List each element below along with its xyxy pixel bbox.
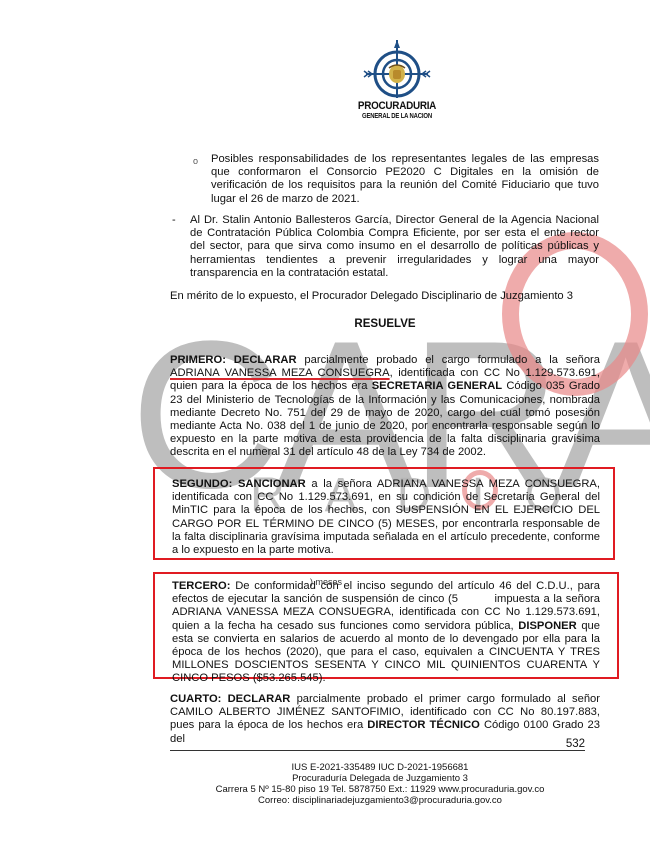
stray-overlay-text: ) meses bbox=[310, 577, 342, 587]
document-page: CARACOL RADIO PROCURADURIA GENERAL DE LA… bbox=[0, 0, 650, 861]
merito-paragraph: En mérito de lo expuesto, el Procurador … bbox=[170, 290, 600, 303]
tercero-verb: DISPONER bbox=[518, 620, 576, 632]
footer-office: Procuraduría Delegada de Juzgamiento 3 bbox=[150, 773, 610, 785]
bullet-subitem: Posibles responsabilidades de los repres… bbox=[211, 153, 599, 206]
procuraduria-emblem-icon bbox=[352, 38, 442, 100]
page-number: 532 bbox=[540, 738, 585, 750]
segundo-label: SEGUNDO: bbox=[172, 478, 232, 490]
segundo-text: a la señora ADRIANA VANESSA MEZA CONSUEG… bbox=[172, 478, 600, 556]
primero-name-highlight: ADRIANA VANESSA MEZA CONSUEGRA bbox=[170, 367, 390, 379]
tercero-label: TERCERO: bbox=[172, 580, 230, 592]
footer-case-id: IUS E-2021-335489 IUC D-2021-1956681 bbox=[150, 762, 610, 774]
primero-text1: parcialmente probado el cargo formulado … bbox=[297, 354, 600, 366]
footer-email: Correo: disciplinariadejuzgamiento3@proc… bbox=[150, 795, 610, 807]
primero-paragraph: PRIMERO: DECLARAR parcialmente probado e… bbox=[170, 354, 600, 460]
resuelve-heading: RESUELVE bbox=[170, 318, 600, 330]
bullet-dash-item: Al Dr. Stalin Antonio Ballesteros García… bbox=[190, 214, 599, 280]
logo-subtitle: GENERAL DE LA NACION bbox=[359, 113, 436, 120]
procuraduria-logo: PROCURADURIA GENERAL DE LA NACION bbox=[352, 38, 442, 118]
logo-title: PROCURADURIA bbox=[357, 100, 438, 112]
segundo-verb: SANCIONAR bbox=[238, 478, 306, 490]
dash-bullet-marker: - bbox=[172, 214, 176, 226]
primero-label: PRIMERO: DECLARAR bbox=[170, 354, 297, 366]
segundo-paragraph: SEGUNDO: SANCIONAR a la señora ADRIANA V… bbox=[172, 478, 600, 557]
footer-address: Carrera 5 Nº 15-80 piso 19 Tel. 5878750 … bbox=[150, 784, 610, 796]
cuarto-cargo: DIRECTOR TÉCNICO bbox=[367, 719, 480, 731]
cuarto-paragraph: CUARTO: DECLARAR parcialmente probado el… bbox=[170, 693, 600, 746]
primero-cargo: SECRETARIA GENERAL bbox=[372, 380, 502, 392]
sub-bullet-marker: o bbox=[193, 156, 198, 166]
cuarto-label: CUARTO: DECLARAR bbox=[170, 693, 290, 705]
tercero-paragraph: TERCERO: De conformidad con el inciso se… bbox=[172, 580, 600, 686]
footer-divider bbox=[170, 750, 585, 751]
